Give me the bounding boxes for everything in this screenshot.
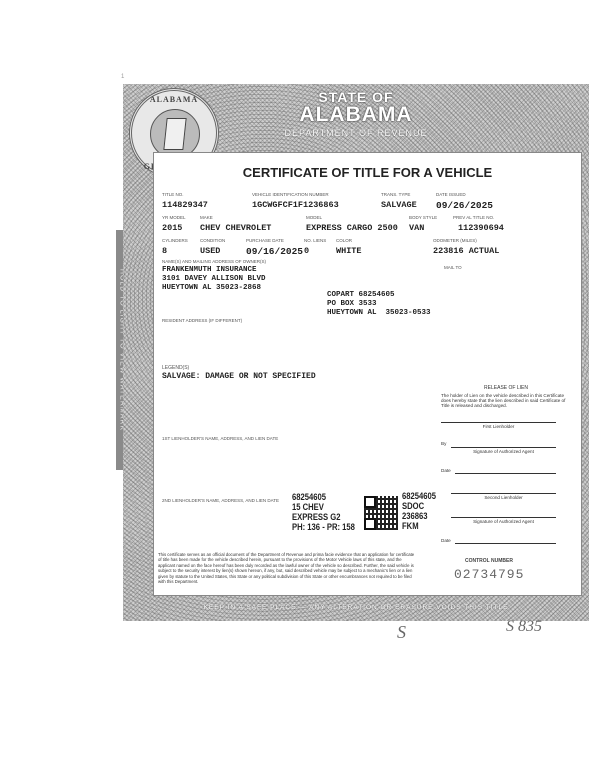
second-lienholder-caption: Second Lienholder (451, 495, 556, 500)
mail-to-address: COPART 68254605 PO BOX 3533 HUEYTOWN AL … (327, 291, 431, 318)
release-text: The holder of Lien on the vehicle descri… (441, 393, 571, 408)
prev-title-no-value: 112390694 (458, 223, 504, 233)
date-line-2[interactable] (455, 543, 556, 544)
purchase-date-label: PURCHASE DATE (246, 238, 284, 243)
owner-address: FRANKENMUTH INSURANCE 3101 DAVEY ALLISON… (162, 266, 266, 293)
model-value: EXPRESS CARGO 2500 (306, 223, 398, 233)
second-lienholder-line[interactable] (451, 493, 556, 494)
no-liens-label: NO. LIENS (304, 238, 326, 243)
certificate-border: ALABAMA GREAT SEAL STATE OF ALABAMA DEPA… (123, 84, 589, 621)
date-issued-value: 09/26/2025 (436, 200, 493, 211)
release-title: RELEASE OF LIEN (441, 385, 571, 391)
certificate-body: CERTIFICATE OF TITLE FOR A VEHICLE TITLE… (153, 152, 582, 596)
make-value: CHEV CHEVROLET (200, 223, 271, 233)
yr-model-label: YR MODEL (162, 215, 186, 220)
footer-banner: KEEP IN A SAFE PLACE — ANY ALTERATION OR… (123, 604, 589, 611)
sticker-left-text: 68254605 15 CHEV EXPRESS G2 PH: 136 - PR… (292, 492, 355, 532)
prev-title-no-label: PREV AL TITLE NO. (453, 215, 494, 220)
no-liens-value: 0 (304, 246, 309, 256)
vin-label: VEHICLE IDENTIFICATION NUMBER (252, 192, 329, 197)
first-lienholder-caption: First Lienholder (441, 424, 556, 429)
purchase-date-value: 09/16/2025 (246, 246, 303, 257)
legal-disclaimer: This certificate serves as an official d… (158, 552, 416, 584)
lienholder-1-label: 1ST LIENHOLDER'S NAME, ADDRESS, AND LIEN… (162, 436, 278, 441)
by-signature-line[interactable] (451, 447, 556, 448)
lienholder-2-label: 2ND LIENHOLDER'S NAME, ADDRESS, AND LIEN… (162, 498, 279, 503)
vin-value: 1GCWGFCF1F1236863 (252, 200, 339, 210)
mail-to-label: MAIL TO (444, 265, 462, 270)
yr-model-value: 2015 (162, 223, 182, 233)
odometer-label: ODOMETER (MILES) (433, 238, 477, 243)
legends-label: LEGEND(S) (162, 365, 189, 371)
body-style-value: VAN (409, 223, 424, 233)
date-issued-label: DATE ISSUED (436, 192, 466, 197)
date-label-2: Date (441, 538, 451, 543)
condition-value: USED (200, 246, 220, 256)
trans-type-label: TRANS. TYPE (381, 192, 410, 197)
qr-code-icon (364, 496, 398, 530)
model-label: MODEL (306, 215, 322, 220)
sticker-right-text: 68254605 SDOC 236863 FKM (402, 491, 436, 531)
certificate-title: CERTIFICATE OF TITLE FOR A VEHICLE (154, 165, 581, 180)
title-no-label: TITLE NO. (162, 192, 184, 197)
control-number-label: CONTROL NUMBER (465, 558, 513, 564)
by-label: By (441, 441, 446, 446)
cylinders-value: 8 (162, 246, 167, 256)
cylinders-label: CYLINDERS (162, 238, 188, 243)
signature-agent-caption-1: Signature of Authorized Agent (451, 449, 556, 454)
trans-type-value: SALVAGE (381, 200, 417, 210)
condition-label: CONDITION (200, 238, 225, 243)
signature-agent-caption-2: Signature of Authorized Agent (451, 519, 556, 524)
body-style-label: BODY STYLE (409, 215, 437, 220)
make-label: MAKE (200, 215, 213, 220)
handwritten-mark-2: S 835 (506, 618, 542, 636)
resident-address-label: RESIDENT ADDRESS (IF DIFFERENT) (162, 318, 242, 323)
header-state-name: ALABAMA (123, 103, 589, 127)
color-value: WHITE (336, 246, 362, 256)
legends-value: SALVAGE: DAMAGE OR NOT SPECIFIED (162, 372, 316, 381)
release-of-lien: RELEASE OF LIEN The holder of Lien on th… (441, 385, 571, 408)
date-label-1: Date (441, 468, 451, 473)
header-department: DEPARTMENT OF REVENUE (123, 128, 589, 138)
page-mark: 1 (121, 74, 124, 80)
date-line-1[interactable] (455, 473, 556, 474)
title-no-value: 114829347 (162, 200, 208, 210)
odometer-value: 223816 ACTUAL (433, 246, 499, 256)
signature-agent-line-2[interactable] (451, 517, 556, 518)
handwritten-mark-1: S (397, 622, 406, 643)
control-number-value: 02734795 (454, 567, 524, 582)
owner-label: NAME(S) AND MAILING ADDRESS OF OWNER(S) (162, 259, 266, 264)
first-lienholder-line[interactable] (441, 422, 556, 423)
color-label: COLOR (336, 238, 352, 243)
